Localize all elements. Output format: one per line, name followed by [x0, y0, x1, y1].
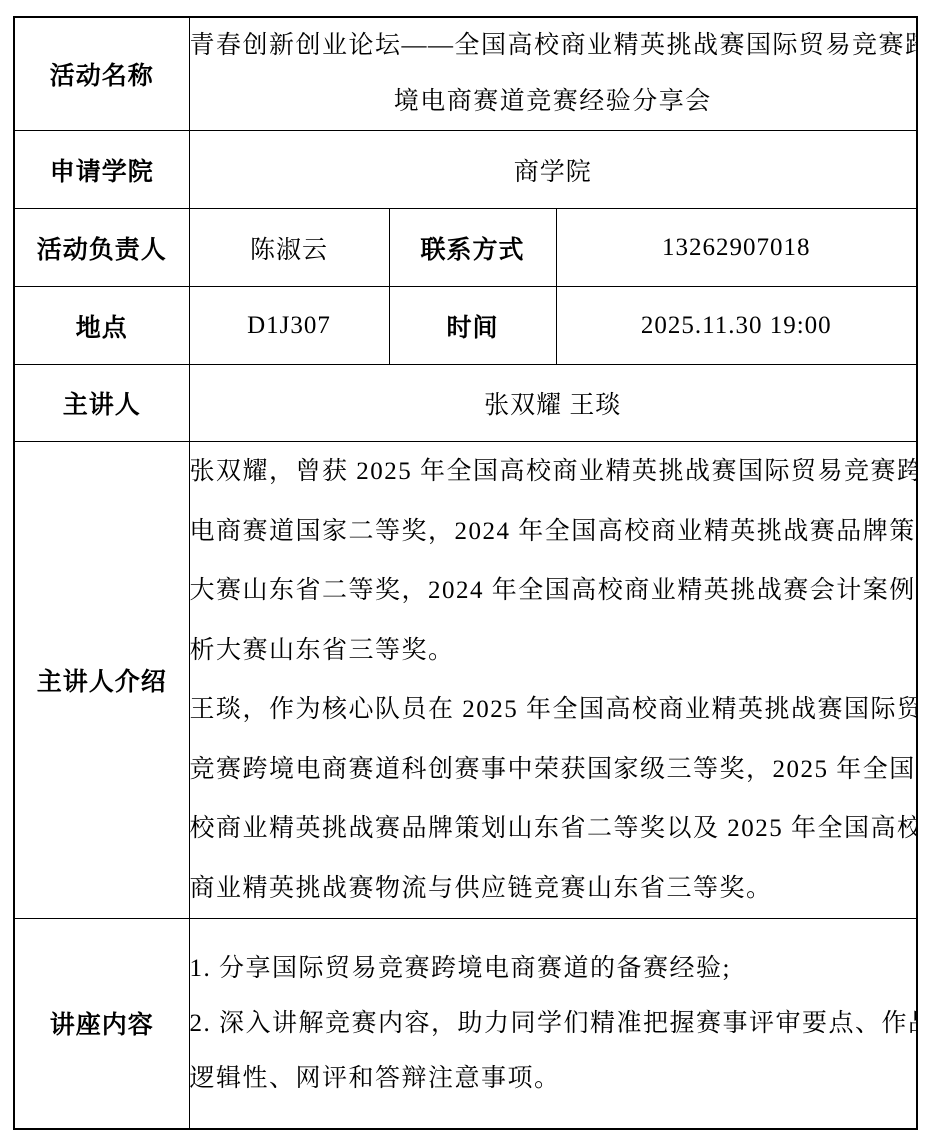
speaker-label: 主讲人: [14, 365, 189, 442]
table-row-location-time: 地点 D1J307 时间 2025.11.30 19:00: [14, 287, 917, 365]
table-row-speaker: 主讲人 张双耀 王琰: [14, 365, 917, 442]
speaker-intro-label: 主讲人介绍: [14, 442, 189, 919]
speaker-intro-line: 商业精英挑战赛物流与供应链竞赛山东省三等奖。: [190, 859, 917, 919]
speaker-value: 张双耀 王琰: [189, 365, 917, 442]
speaker-intro-line: 析大赛山东省三等奖。: [190, 621, 917, 681]
speaker-intro-line: 校商业精英挑战赛品牌策划山东省二等奖以及 2025 年全国高校: [190, 799, 917, 859]
location-label: 地点: [14, 287, 189, 365]
lecture-content-line: 2. 深入讲解竞赛内容，助力同学们精准把握赛事评审要点、作品: [190, 996, 917, 1051]
contact-label: 联系方式: [389, 209, 556, 287]
time-label: 时间: [389, 287, 556, 365]
lecture-content-line: 逻辑性、网评和答辩注意事项。: [190, 1051, 917, 1106]
document-page: 活动名称 青春创新创业论坛——全国高校商业精英挑战赛国际贸易竞赛跨 境电商赛道竞…: [0, 0, 946, 1137]
leader-value: 陈淑云: [189, 209, 389, 287]
leader-label: 活动负责人: [14, 209, 189, 287]
table-row-lecture-content: 讲座内容 1. 分享国际贸易竞赛跨境电商赛道的备赛经验; 2. 深入讲解竞赛内容…: [14, 919, 917, 1129]
location-value: D1J307: [189, 287, 389, 365]
lecture-content-text: 1. 分享国际贸易竞赛跨境电商赛道的备赛经验; 2. 深入讲解竞赛内容，助力同学…: [189, 919, 917, 1129]
speaker-intro-line: 电商赛道国家二等奖，2024 年全国高校商业精英挑战赛品牌策划: [190, 502, 917, 562]
table-row-speaker-intro: 主讲人介绍 张双耀，曾获 2025 年全国高校商业精英挑战赛国际贸易竞赛跨境 电…: [14, 442, 917, 919]
college-value: 商学院: [189, 131, 917, 209]
speaker-intro-line: 大赛山东省二等奖，2024 年全国高校商业精英挑战赛会计案例分: [190, 561, 917, 621]
speaker-intro-text: 张双耀，曾获 2025 年全国高校商业精英挑战赛国际贸易竞赛跨境 电商赛道国家二…: [189, 442, 917, 919]
table-row-leader-contact: 活动负责人 陈淑云 联系方式 13262907018: [14, 209, 917, 287]
college-label: 申请学院: [14, 131, 189, 209]
time-value: 2025.11.30 19:00: [556, 287, 917, 365]
activity-name-label: 活动名称: [14, 17, 189, 131]
activity-name-line-1: 青春创新创业论坛——全国高校商业精英挑战赛国际贸易竞赛跨: [190, 18, 917, 74]
lecture-content-label: 讲座内容: [14, 919, 189, 1129]
activity-name-value: 青春创新创业论坛——全国高校商业精英挑战赛国际贸易竞赛跨 境电商赛道竞赛经验分享…: [189, 17, 917, 131]
activity-application-form-table: 活动名称 青春创新创业论坛——全国高校商业精英挑战赛国际贸易竞赛跨 境电商赛道竞…: [13, 16, 918, 1130]
lecture-content-line: 1. 分享国际贸易竞赛跨境电商赛道的备赛经验;: [190, 941, 917, 996]
table-row-activity-name: 活动名称 青春创新创业论坛——全国高校商业精英挑战赛国际贸易竞赛跨 境电商赛道竞…: [14, 17, 917, 131]
speaker-intro-line: 张双耀，曾获 2025 年全国高校商业精英挑战赛国际贸易竞赛跨境: [190, 442, 917, 502]
activity-name-line-2: 境电商赛道竞赛经验分享会: [190, 74, 917, 130]
speaker-intro-line: 王琰，作为核心队员在 2025 年全国高校商业精英挑战赛国际贸易: [190, 680, 917, 740]
table-row-college: 申请学院 商学院: [14, 131, 917, 209]
contact-value: 13262907018: [556, 209, 917, 287]
speaker-intro-line: 竞赛跨境电商赛道科创赛事中荣获国家级三等奖，2025 年全国高: [190, 740, 917, 800]
